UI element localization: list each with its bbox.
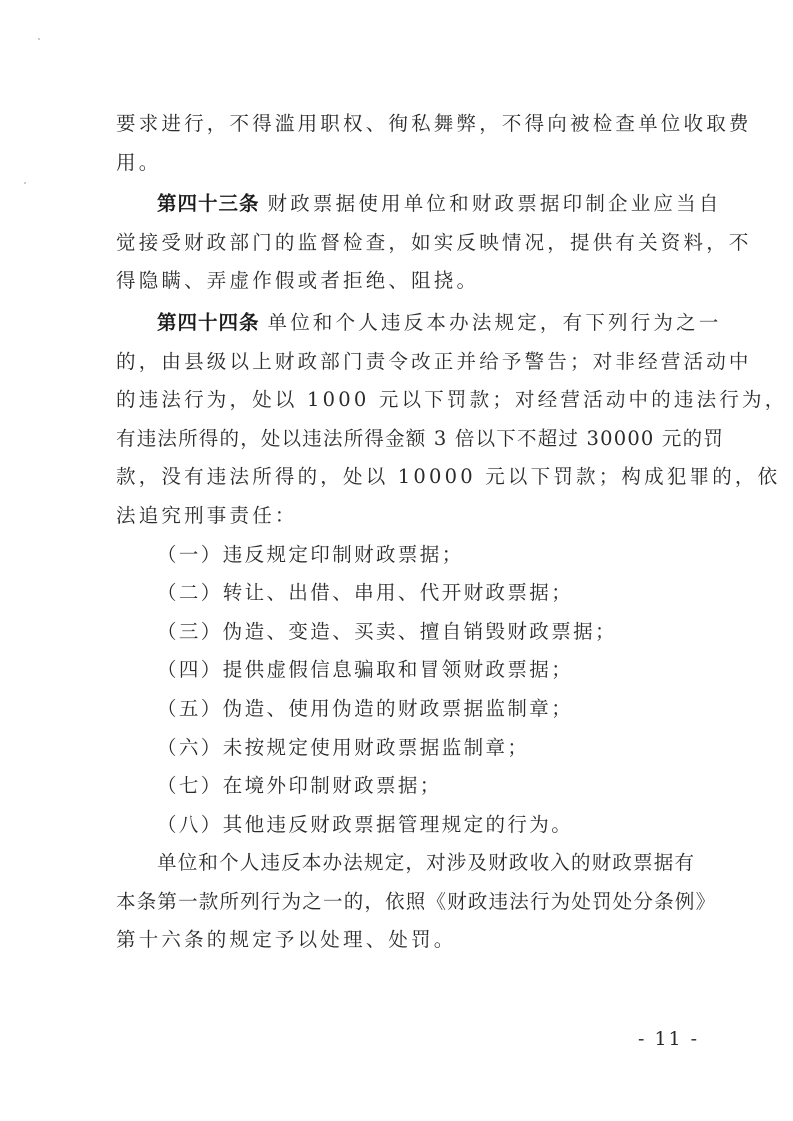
text-line: 本条第一款所列行为之一的，依照《财政违法行为处罚处分条例》 (116, 883, 694, 922)
text-line: 用。 (116, 144, 694, 183)
list-item: （二）转让、出借、串用、代开财政票据； (116, 574, 694, 613)
document-page: 要求进行，不得滥用职权、徇私舞弊，不得向被检查单位收取费 用。 第四十三条财政票… (116, 105, 694, 960)
text-line: 款，没有违法所得的，处以 10000 元以下罚款；构成犯罪的，依 (116, 458, 694, 497)
text-line: 单位和个人违反本办法规定，对涉及财政收入的财政票据有 (116, 844, 694, 883)
text-line: 要求进行，不得滥用职权、徇私舞弊，不得向被检查单位收取费 (116, 105, 694, 144)
page-number: - 11 - (638, 1028, 699, 1050)
text-line: 觉接受财政部门的监督检查，如实反映情况，提供有关资料，不 (116, 224, 694, 263)
text-line: 的违法行为，处以 1000 元以下罚款；对经营活动中的违法行为， (116, 381, 694, 420)
article-44: 第四十四条单位和个人违反本办法规定，有下列行为之一 的，由县级以上财政部门责令改… (116, 304, 694, 536)
text-line: 得隐瞒、弄虚作假或者拒绝、阻挠。 (116, 262, 694, 301)
text-line: 第四十四条单位和个人违反本办法规定，有下列行为之一 (116, 304, 694, 343)
paragraph-closing: 单位和个人违反本办法规定，对涉及财政收入的财政票据有 本条第一款所列行为之一的，… (116, 844, 694, 960)
list-item: （七）在境外印制财政票据； (116, 767, 694, 806)
text-line: 第四十三条财政票据使用单位和财政票据印制企业应当自 (116, 185, 694, 224)
scan-speck (24, 182, 26, 184)
article-heading: 第四十三条 (157, 192, 260, 215)
list-item: （三）伪造、变造、买卖、擅自销毁财政票据； (116, 613, 694, 652)
article-text: 单位和个人违反本办法规定，有下列行为之一 (268, 311, 722, 334)
text-line: 的，由县级以上财政部门责令改正并给予警告；对非经营活动中 (116, 343, 694, 382)
article-heading: 第四十四条 (157, 311, 260, 334)
text-line: 第十六条的规定予以处理、处罚。 (116, 921, 694, 960)
list-item: （五）伪造、使用伪造的财政票据监制章； (116, 690, 694, 729)
list-item: （一）违反规定印制财政票据； (116, 536, 694, 575)
text-line: 法追究刑事责任： (116, 497, 694, 536)
article-text: 财政票据使用单位和财政票据印制企业应当自 (268, 192, 722, 215)
list-item: （六）未按规定使用财政票据监制章； (116, 729, 694, 768)
article-43: 第四十三条财政票据使用单位和财政票据印制企业应当自 觉接受财政部门的监督检查，如… (116, 185, 694, 301)
list-item: （四）提供虚假信息骗取和冒领财政票据； (116, 651, 694, 690)
violation-list: （一）违反规定印制财政票据； （二）转让、出借、串用、代开财政票据； （三）伪造… (116, 536, 694, 845)
paragraph-continuation: 要求进行，不得滥用职权、徇私舞弊，不得向被检查单位收取费 用。 (116, 105, 694, 182)
list-item: （八）其他违反财政票据管理规定的行为。 (116, 806, 694, 845)
scan-speck (38, 38, 40, 40)
text-line: 有违法所得的，处以违法所得金额 3 倍以下不超过 30000 元的罚 (116, 420, 694, 459)
